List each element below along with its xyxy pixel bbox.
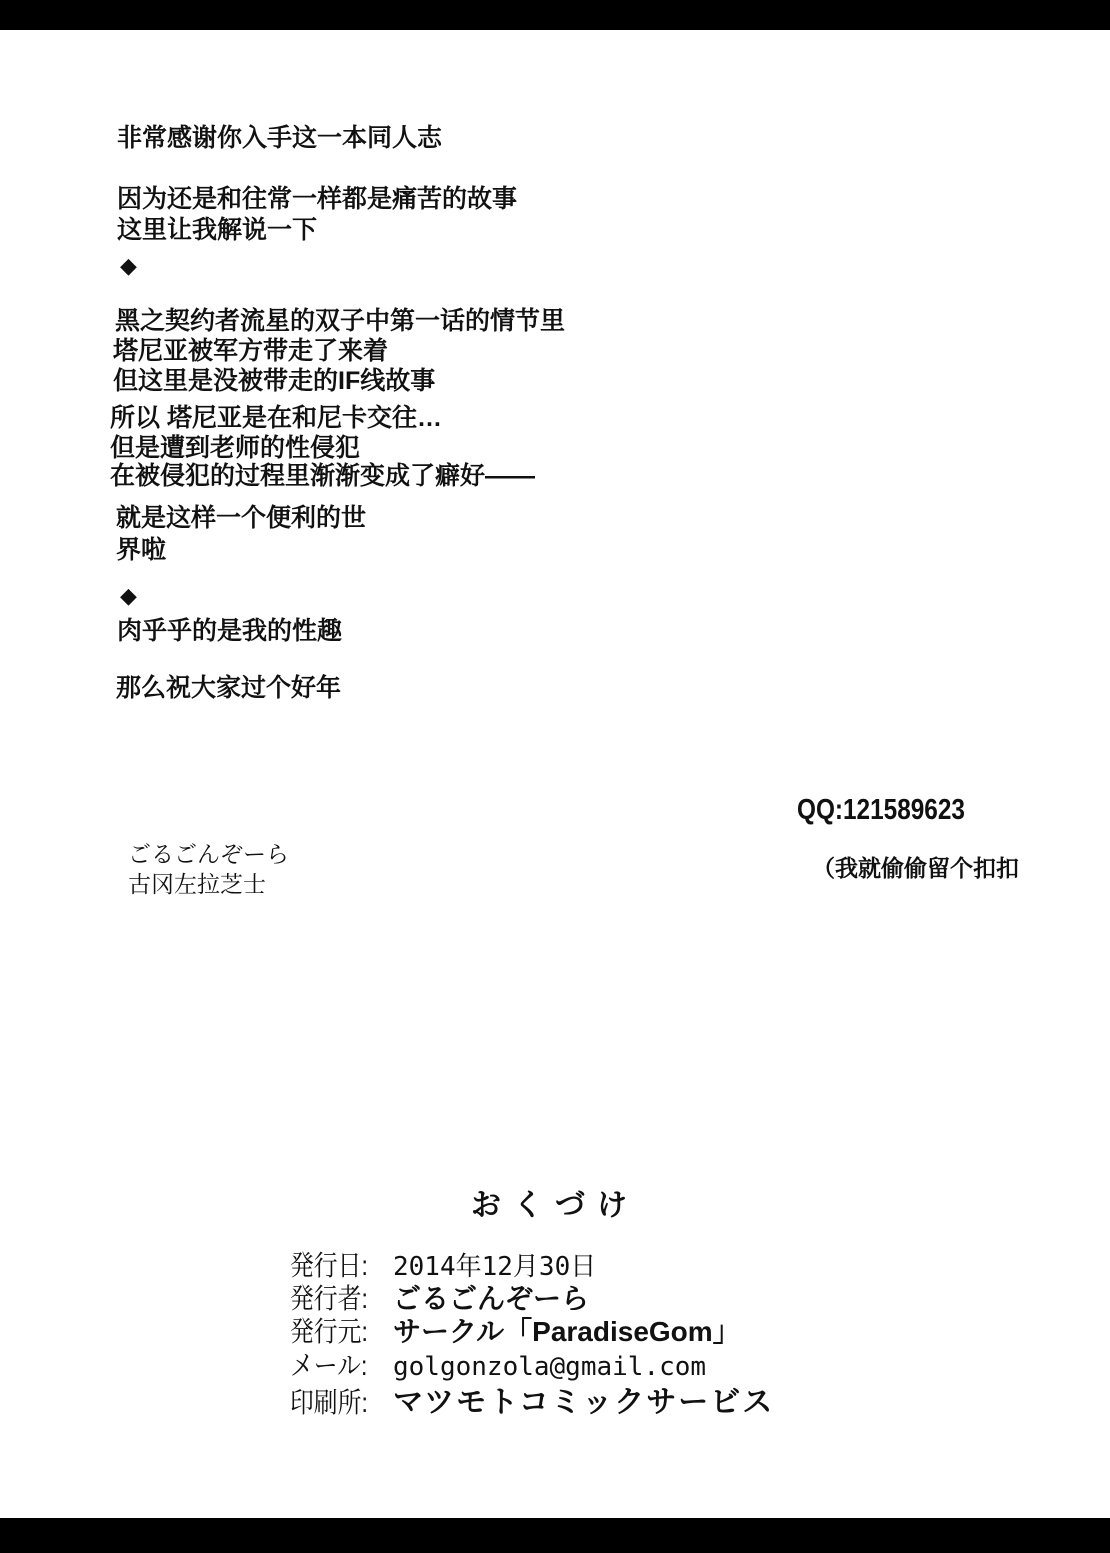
afterword-thanks-line: 非常感谢你入手这一本同人志 (117, 124, 442, 153)
scan-edge-top (0, 0, 1110, 30)
story-line: 塔尼亚被军方带走了来着 (113, 337, 388, 366)
author-name-kana: ごるごんぞーら (128, 836, 289, 869)
story-line: 就是这样一个便利的世 (116, 504, 366, 533)
diamond-bullet-icon: ◆ (120, 255, 137, 277)
story-line: 在被侵犯的过程里渐渐变成了癖好—— (110, 462, 535, 491)
qq-contact-number: QQ:121589623 (797, 794, 965, 827)
afterword-intro-line: 因为还是和往常一样都是痛苦的故事 (117, 185, 517, 214)
story-line: 但是遭到老师的性侵犯 (110, 434, 360, 463)
story-line: 界啦 (116, 536, 166, 565)
author-name-chinese: 古冈左拉芝士 (128, 866, 266, 899)
colophon-label: 印刷所: (290, 1381, 378, 1421)
diamond-bullet-icon: ◆ (120, 585, 137, 607)
scanned-afterword-page: 非常感谢你入手这一本同人志 因为还是和往常一样都是痛苦的故事 这里让我解说一下 … (0, 0, 1110, 1553)
story-line: 但这里是没被带走的IF线故事 (113, 367, 435, 396)
qq-note-line: （我就偷偷留个扣扣 (812, 850, 1019, 883)
colophon-value-printer: マツモトコミックサービス (393, 1377, 774, 1421)
afterword-intro-line: 这里让我解说一下 (117, 216, 317, 245)
story-line: 所以 塔尼亚是在和尼卡交往… (110, 404, 442, 433)
new-year-greeting-line: 那么祝大家过个好年 (116, 674, 341, 703)
scan-edge-bottom (0, 1518, 1110, 1553)
hobby-line: 肉乎乎的是我的性趣 (117, 617, 342, 646)
colophon-row: 印刷所: マツモトコミックサービス (290, 1377, 774, 1421)
story-line: 黑之契约者流星的双子中第一话的情节里 (115, 307, 565, 336)
colophon-title: おくづけ (0, 1180, 1110, 1224)
